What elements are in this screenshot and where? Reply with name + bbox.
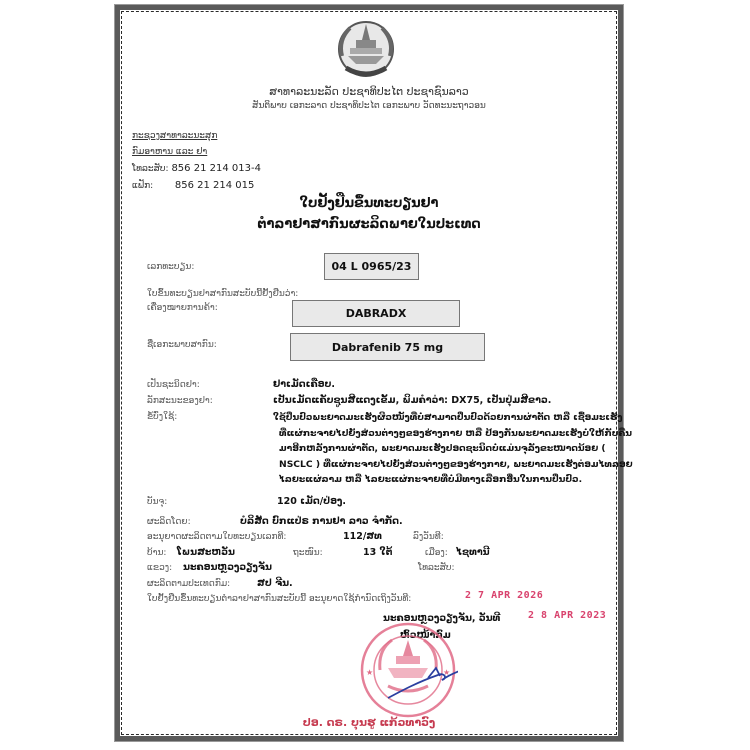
road-value: 13 ໃຕ້: [363, 547, 392, 558]
district-value: ໄຊທານີ: [456, 547, 490, 558]
generic-name-box: Dabrafenib 75 mg: [290, 333, 485, 361]
certificate-page: ສາທາລະນະລັດ ປະຊາທິປະໄຕ ປະຊາຊົນລາວ ສັນຕິພ…: [115, 5, 623, 741]
license-value: 112/ສທ: [343, 531, 382, 542]
indication-line: ທີ່ແຜ່ກະຈາຍໄປຍັງສ່ວນຕ່າງໆຂອງຮ່າງກາຍ ຫລື …: [273, 426, 633, 442]
indication-line: ໄລຍະແຜ່ລາມ ຫລື ໄລຍະແຜ່ກະຈາຍທີ່ບໍ່ມີທາງເລ…: [273, 472, 633, 488]
province-label: ແຂວງ:: [147, 563, 172, 573]
fax-label: ແຟັກ:: [132, 181, 172, 191]
certify-label: ໃບຂຶ້ນທະບຽນຢາສາກົນສະບັບນີ້ຢັ້ງຢືນວ່າ:: [147, 289, 298, 299]
appearance-value: ເປັນເມັດແຄັບຊູນສີແດງເຂັ້ມ, ພິມຄຳວ່າ: DX7…: [273, 395, 551, 406]
license-date-label: ລົງວັນທີ:: [413, 532, 444, 542]
phone-label: ໂທລະສັບ:: [132, 164, 169, 174]
producer-value: ບໍລິສັດ ບົກແປ່ຣ ການຢາ ລາວ ຈຳກັດ.: [240, 516, 403, 527]
indication-line: NSCLC ) ທີ່ແຜ່ກະຈາຍໄປຍັງສ່ວນຕ່າງໆຂອງຮ່າງ…: [273, 457, 633, 473]
fax-row: ແຟັກ: 856 21 214 015: [132, 180, 254, 191]
svg-text:★: ★: [366, 668, 373, 677]
district-label: ເມືອງ:: [425, 548, 448, 558]
certificate-subtitle: ຕຳລາຢາສາກົນຜະລິດພາຍໃນປະເທດ: [120, 217, 618, 232]
phone-value: 856 21 214 013-4: [171, 163, 261, 174]
packaging-label: ບັນຈຸ:: [147, 497, 167, 507]
origin-country-label: ຜະລິດຕາມປະເທດກົມ:: [147, 579, 230, 589]
country-header: ສາທາລະນະລັດ ປະຊາທິປະໄຕ ປະຊາຊົນລາວ: [120, 85, 618, 98]
road-label: ຖະໜົນ:: [293, 548, 323, 558]
indication-line: ໃຊ້ປິ່ນປົວພະຍາດມະເຮັງຜິວໜັງທີ່ບໍ່ສາມາດປິ…: [273, 410, 633, 426]
signatory-name: ປອ. ດຣ. ບຸນຮູ ແກ້ວທາວົງ: [120, 716, 618, 729]
packaging-value: 120 ເມັດ/ປ່ອງ.: [277, 496, 346, 507]
national-motto: ສັນຕິພາບ ເອກະລາດ ປະຊາທິປະໄຕ ເອກະພາບ ວັດທ…: [120, 101, 618, 111]
lao-national-emblem-icon: [332, 18, 400, 80]
valid-until-date-stamp: 2 7 APR 2026: [465, 590, 543, 601]
province-value: ນະຄອນຫຼວງວຽງຈັນ: [183, 562, 272, 573]
village-label: ບ້ານ:: [147, 548, 166, 558]
department-name: ກົມອາຫານ ແລະ ຢາ: [132, 147, 207, 157]
ministry-name: ກະຊວງສາທາລະນະສຸກ: [132, 131, 217, 141]
issued-date-stamp: 2 8 APR 2023: [528, 610, 606, 621]
drug-type-label: ເປັນຊະນິດຢາ:: [147, 380, 200, 390]
drug-type-value: ຢາເມັດເຄືອບ.: [273, 379, 335, 390]
valid-until-label: ໃບຢັ້ງຢືນຂຶ້ນທະບຽນຕຳລາຢາສາກົນສະບັບນີ້ ອະ…: [147, 594, 411, 604]
appearance-label: ລັກສະນະຂອງຢາ:: [147, 396, 213, 406]
brand-label: ເຄື່ອງໝາຍການຄ້າ:: [147, 303, 218, 313]
registration-number-box: 04 L 0965/23: [324, 253, 419, 280]
producer-label: ຜະລິດໂດຍ:: [147, 517, 191, 527]
origin-country-value: ສປ ຈີນ.: [257, 578, 293, 589]
fax-value: 856 21 214 015: [175, 180, 255, 191]
generic-name-label: ຊື່ເອກະພາບສາກົນ:: [147, 340, 217, 350]
official-seal-icon: ★ ★: [358, 620, 458, 720]
license-label: ອະນຸຍາດຜະລິດຕາມໃບທະບຽນເລກທີ:: [147, 532, 286, 542]
brand-name-box: DABRADX: [292, 300, 460, 327]
tel-label: ໂທລະສັບ:: [418, 563, 455, 573]
indication-label: ຂໍ້ບົ່ງໃຊ້:: [147, 412, 177, 422]
village-value: ໂພນສະຫວັນ: [177, 547, 235, 558]
registration-number-label: ເລກທະບຽນ:: [147, 262, 194, 272]
certificate-title: ໃບຢັ້ງຢືນຂຶ້ນທະບຽນຢາ: [120, 196, 618, 211]
indication-text: ໃຊ້ປິ່ນປົວພະຍາດມະເຮັງຜິວໜັງທີ່ບໍ່ສາມາດປິ…: [273, 410, 633, 488]
phone-row: ໂທລະສັບ: 856 21 214 013-4: [132, 163, 261, 174]
indication-line: ມາອີກຫລັງການຜ່າຕັດ, ພະຍາດມະເຮັງປອດຊະນິດບ…: [273, 441, 633, 457]
